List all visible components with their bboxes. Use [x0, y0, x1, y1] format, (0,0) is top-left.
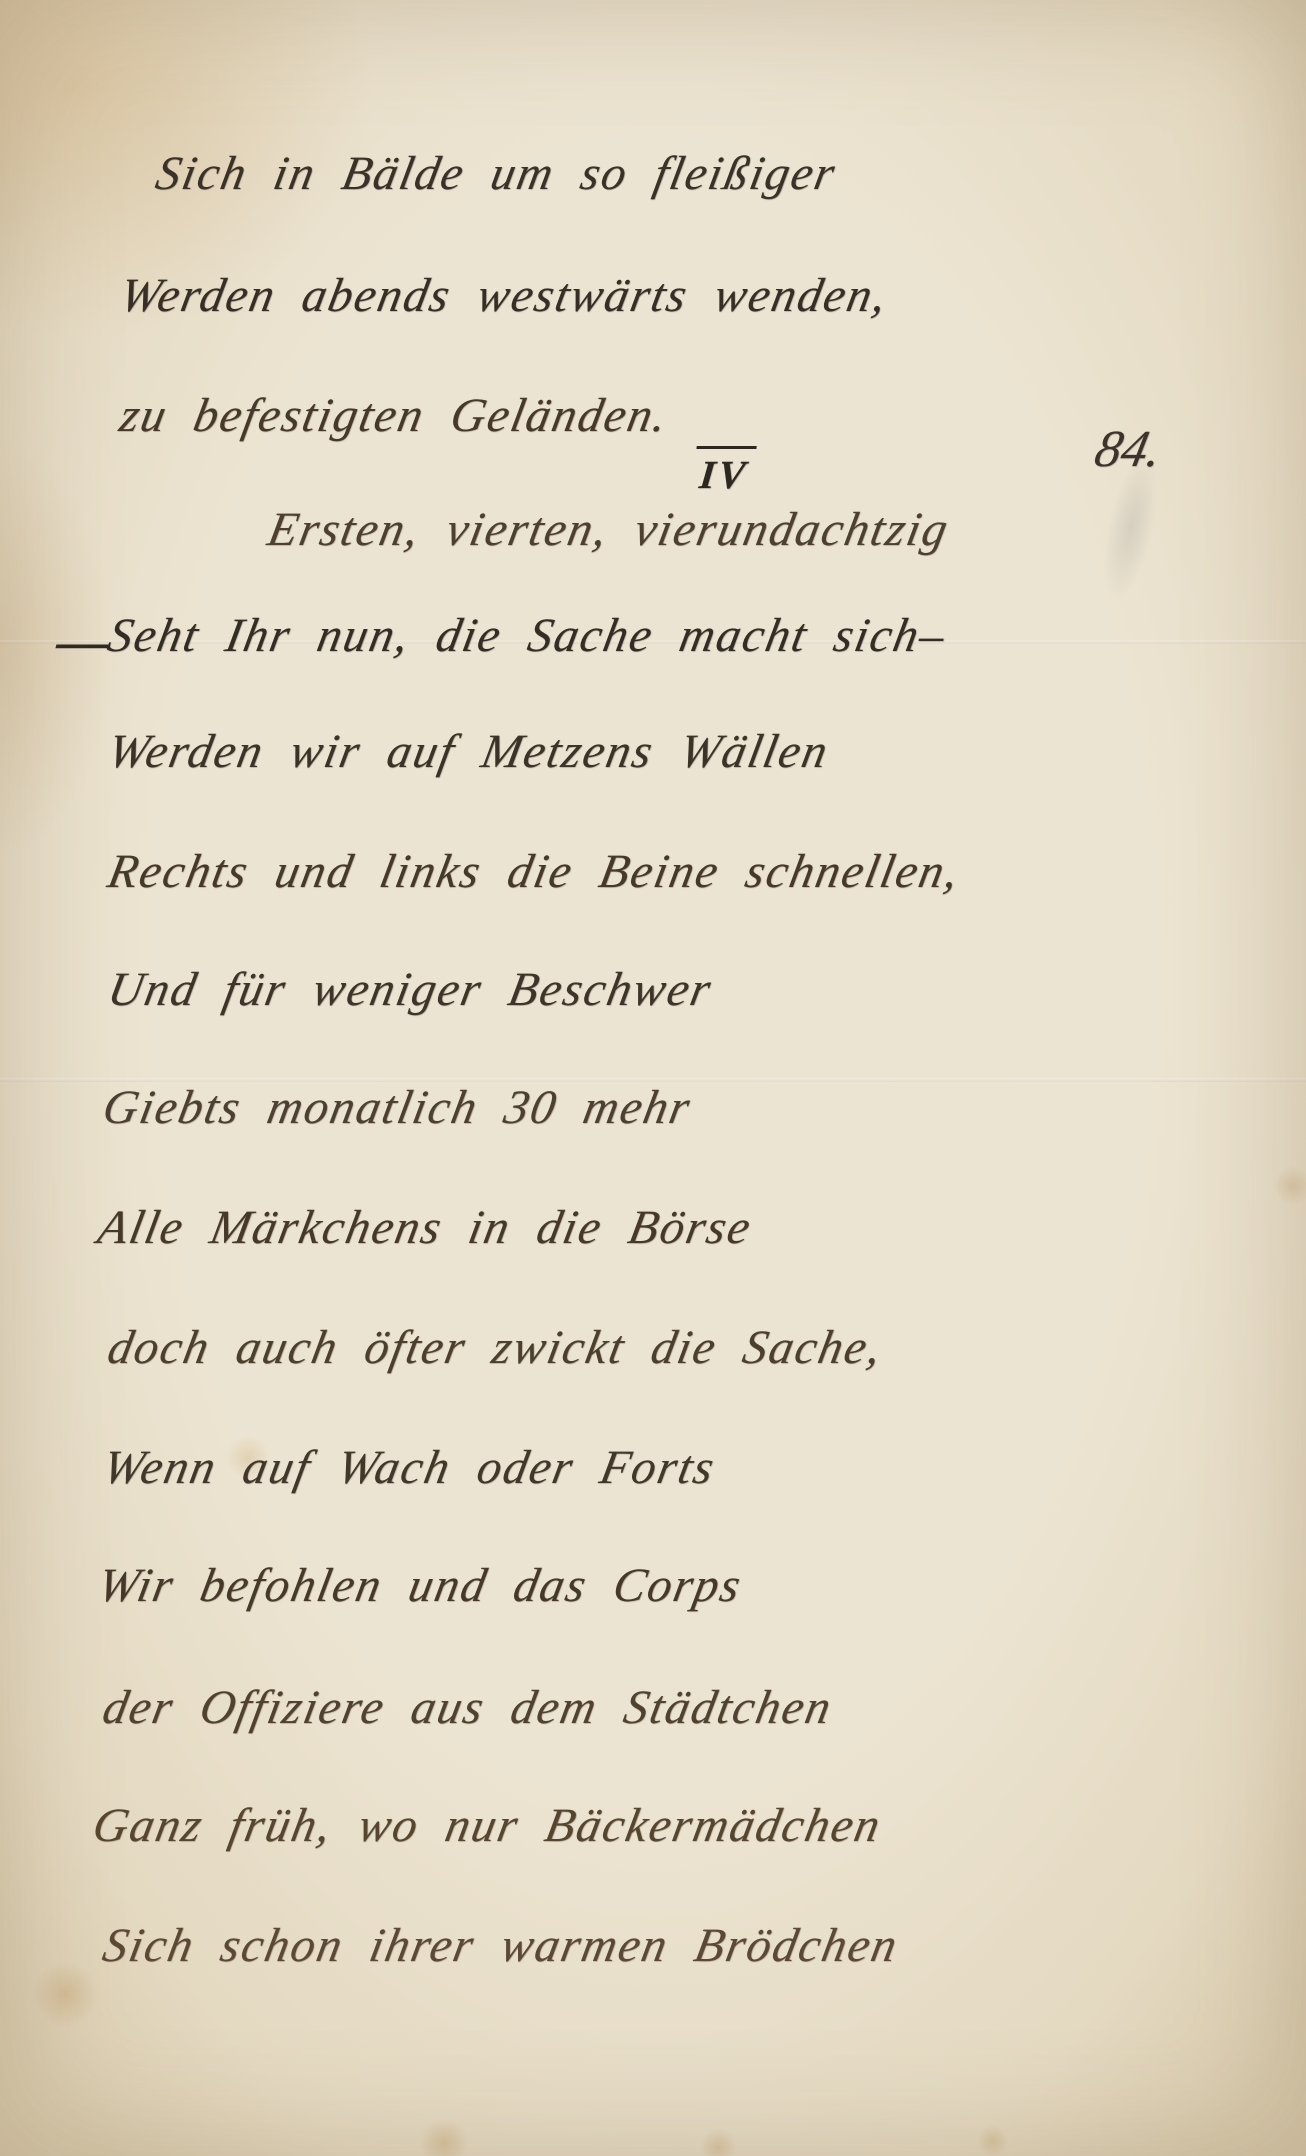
page-edge-shading: [0, 0, 1306, 2156]
manuscript-page: Sich in Bälde um so fleißiger Werden abe…: [0, 0, 1306, 2156]
